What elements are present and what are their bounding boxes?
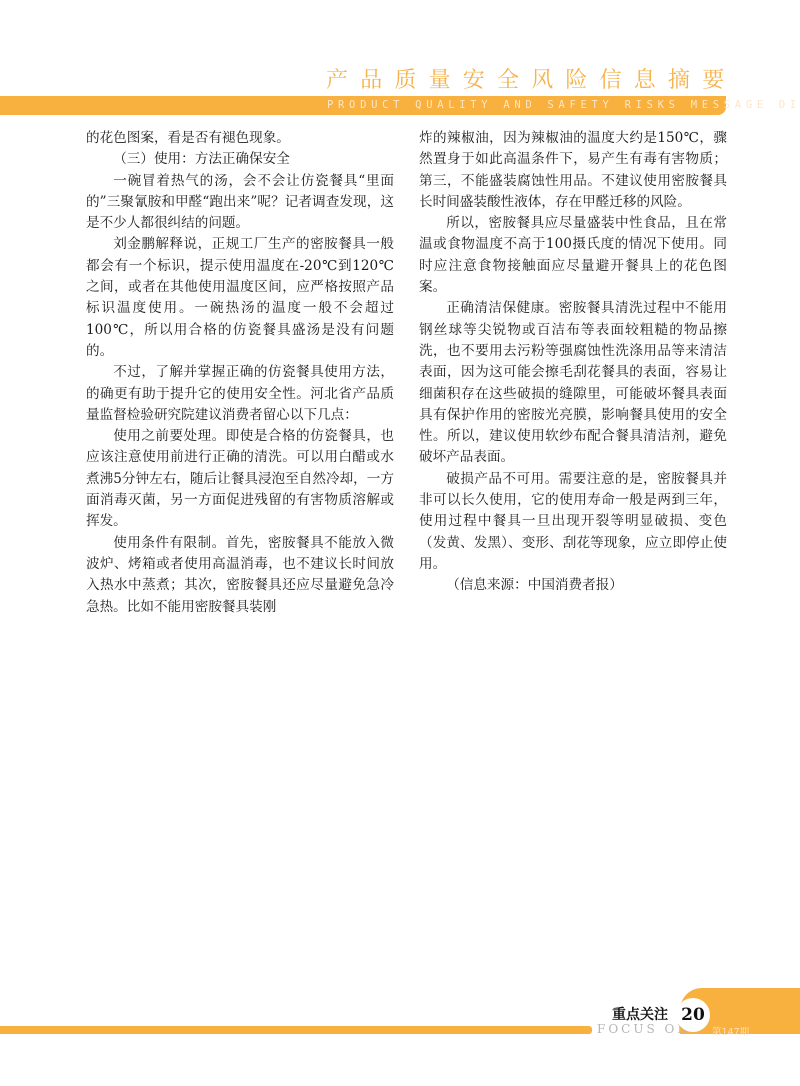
paragraph: 使用之前要处理。即使是合格的仿瓷餐具，也应该注意使用前进行正确的清洗。可以用白醋… — [86, 426, 394, 532]
paragraph: 一碗冒着热气的汤，会不会让仿瓷餐具“里面的”三聚氰胺和甲醛“跑出来”呢？记者调查… — [86, 171, 394, 235]
page-number: 20 — [676, 998, 710, 1032]
paragraph: 破损产品不可用。需要注意的是，密胺餐具并非可以长久使用，它的使用寿命一般是两到三… — [419, 469, 727, 575]
footer-section-cn: 重点关注 — [612, 1004, 668, 1024]
paragraph: 不过，了解并掌握正确的仿瓷餐具使用方法，的确更有助于提升它的使用安全性。河北省产… — [86, 362, 394, 426]
source-credit: （信息来源：中国消费者报） — [419, 575, 727, 596]
paragraph: 炸的辣椒油，因为辣椒油的温度大约是150℃，骤然置身于如此高温条件下，易产生有毒… — [419, 128, 727, 213]
paragraph: 的花色图案，看是否有褪色现象。 — [86, 128, 394, 149]
footer-section-en: FOCUS ON — [597, 1022, 691, 1036]
article-left-column: 的花色图案，看是否有褪色现象。 （三）使用：方法正确保安全 一碗冒着热气的汤，会… — [86, 128, 394, 618]
article-right-column: 炸的辣椒油，因为辣椒油的温度大约是150℃，骤然置身于如此高温条件下，易产生有毒… — [419, 128, 727, 597]
paragraph: 使用条件有限制。首先，密胺餐具不能放入微波炉、烤箱或者使用高温消毒，也不建议长时… — [86, 533, 394, 618]
paragraph: 刘金鹏解释说，正规工厂生产的密胺餐具一般都会有一个标识，提示使用温度在-20℃到… — [86, 234, 394, 362]
header-title: 产品质量安全风险信息摘要 — [326, 68, 726, 94]
issue-number: 第147期 — [712, 1024, 749, 1038]
header-subtitle: PRODUCT QUALITY AND SAFETY RISKS MESSAGE… — [327, 98, 800, 112]
footer-bar — [0, 1026, 592, 1034]
paragraph: 正确清洁保健康。密胺餐具清洗过程中不能用钢丝球等尖锐物或百洁布等表面较粗糙的物品… — [419, 298, 727, 468]
section-heading: （三）使用：方法正确保安全 — [86, 149, 394, 170]
paragraph: 所以，密胺餐具应尽量盛装中性食品，且在常温或食物温度不高于100摄氏度的情况下使… — [419, 213, 727, 298]
